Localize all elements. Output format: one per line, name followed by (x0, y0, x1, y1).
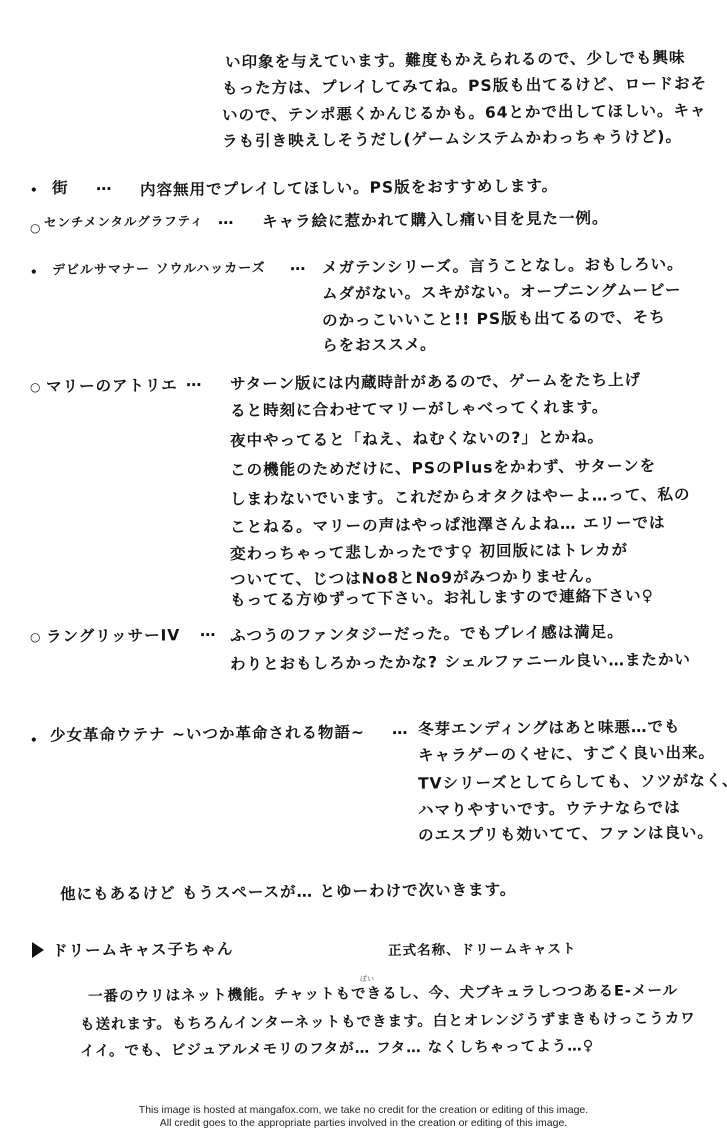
review-line: のエスプリも効いてて、ファンは良い。 (418, 820, 714, 845)
review-line: ことねる。マリーの声はやっぱ池澤さんよね… エリーでは (230, 511, 666, 538)
body-line: 一番のウリはネット機能。チャットもできるし、今、犬ブキュラしつつあるE-メール (88, 979, 678, 1006)
review-line: らをおススメ。 (322, 332, 437, 355)
review-line: わりとおもしろかったかな? シェルファニール良い…またかい (230, 648, 691, 675)
game-title: デビルサマナー ソウルハッカーズ (52, 257, 266, 278)
review-line: ムダがない。スキがない。オープニングムービー (322, 278, 682, 304)
review-line: 冬芽エンディングはあと味悪…でも (418, 715, 681, 740)
review-line: しまわないでいます。これだからオタクはやーよ…って、私の (230, 483, 691, 510)
review-line: キャラ絵に惹かれて購入し痛い目を見た一例。 (262, 206, 609, 232)
review-line: 内容無用でプレイしてほしい。PS版をおすすめします。 (140, 174, 558, 200)
bullet-dot: • (30, 733, 39, 747)
triangle-marker-icon (32, 942, 44, 958)
body-line: イイ。でも、ビジュアルメモリのフタが… フタ… なくしちゃってよう…♀ (80, 1034, 595, 1060)
intro-line: いので、テンポ悪くかんじるかも。64とかで出してほしい。キャ (222, 98, 707, 125)
bullet-dot: • (30, 183, 39, 197)
review-line: もってる方ゆずって下さい。お礼しますので連絡下さい♀ (230, 584, 654, 610)
official-name: 正式名称、ドリームキャスト (388, 937, 577, 959)
game-title: マリーのアトリエ (46, 373, 178, 396)
review-line: のかっこいいこと!! PS版も出てるので、そち (322, 305, 666, 331)
ellipsis: … (392, 720, 409, 738)
intro-line: い印象を与えています。難度もかえられるので、少しでも興味 (225, 46, 686, 73)
body-line: も送れます。もちろんインターネットもできます。白とオレンジうずまきもけっこうカワ (80, 1007, 696, 1034)
review-line: ハマりやすいです。ウテナならでは (418, 796, 681, 821)
game-title: ラングリッサーIV (46, 623, 181, 646)
review-line: サターン版には内蔵時計があるので、ゲームをたち上げ (230, 368, 641, 394)
bullet-dot: • (30, 265, 39, 279)
bullet-circle: ○ (30, 221, 42, 235)
bullet-circle: ○ (30, 630, 42, 644)
bullet-circle: ○ (30, 380, 42, 394)
hosting-disclaimer: This image is hosted at mangafox.com, we… (0, 1104, 727, 1130)
ellipsis: … (96, 176, 113, 194)
disclaimer-line: All credit goes to the appropriate parti… (0, 1117, 727, 1130)
review-line: メガテンシリーズ。言うことなし。おもしろい。 (322, 252, 684, 278)
ellipsis: … (290, 256, 307, 274)
review-line: この機能のためだけに、PSのPlusをかわず、サターンを (230, 454, 656, 480)
intro-line: ラも引き映えしそうだし(ゲームシステムかわっちゃうけど)。 (222, 125, 682, 152)
ellipsis: … (200, 622, 217, 640)
review-line: 夜中やってると「ねえ、ねむくないの?」とかね。 (230, 425, 604, 451)
intro-line: もった方は、プレイしてみてね。PS版も出てるけど、ロードおそ (222, 71, 707, 98)
review-line: TVシリーズとしてらしても、ソツがなく、 (418, 768, 727, 793)
transition-text: 他にもあるけど もうスペースが… とゆーわけで次いきます。 (60, 878, 516, 905)
game-title: センチメンタルグラフティ (44, 211, 204, 231)
section-title: ドリームキャス子ちゃん (52, 937, 234, 961)
ellipsis: … (218, 210, 235, 228)
review-line: キャラゲーのくせに、すごく良い出来。 (418, 740, 715, 765)
review-line: ると時刻に合わせてマリーがしゃべってくれます。 (230, 395, 608, 421)
review-line: 変わっちゃって悲しかったです♀ 初回版にはトレカが (230, 538, 628, 564)
game-title: 街 (52, 176, 69, 198)
disclaimer-line: This image is hosted at mangafox.com, we… (0, 1104, 727, 1117)
review-line: ふつうのファンタジーだった。でもプレイ感は満足。 (230, 620, 624, 646)
ellipsis: … (186, 372, 203, 390)
game-title: 少女革命ウテナ ~いつか革命される物語~ (50, 720, 365, 745)
